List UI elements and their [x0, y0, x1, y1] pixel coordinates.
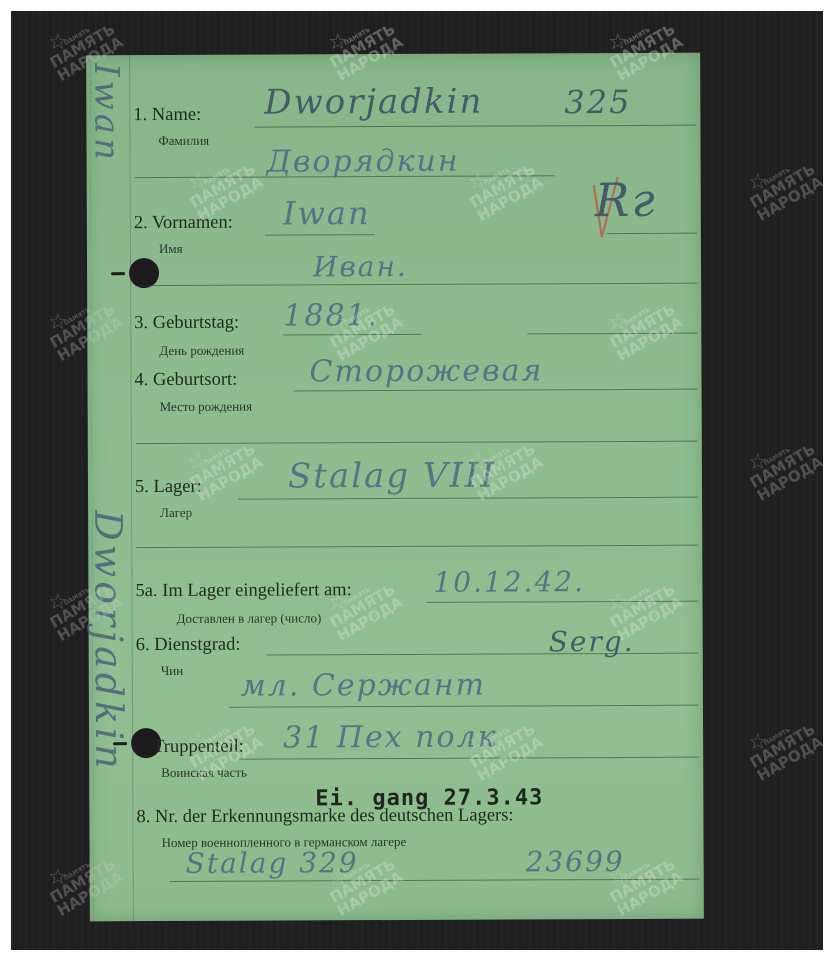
field-rank-label-ru: Чин — [161, 663, 183, 679]
field-unit-label: Truppenteil: — [153, 737, 244, 758]
field-birthdate-label: 3. Geburtstag: — [134, 313, 239, 334]
margin-rule — [129, 55, 134, 921]
field-name-value-latin: Dworjadkin — [264, 82, 483, 123]
field-camp-value: Stalag VIII — [288, 456, 496, 497]
corner-initials: Rг — [595, 173, 657, 227]
field-name-value-cyrillic: Дворядкин — [267, 144, 460, 180]
corner-number: 325 — [564, 83, 631, 121]
field-pow-number-value: 23699 — [526, 845, 625, 878]
field-birthplace-label: 4. Geburtsort: — [134, 370, 237, 391]
field-arrival-date-label: 5a. Im Lager eingeliefert am: — [135, 580, 351, 602]
field-unit-label-ru: Воинская часть — [161, 765, 247, 781]
field-birthdate-label-ru: День рождения — [159, 343, 244, 359]
field-name-label-ru: Фамилия — [158, 133, 209, 149]
field-first-name-label: 2. Vornamen: — [134, 213, 233, 234]
field-birthplace-label-ru: Место рождения — [160, 399, 253, 415]
field-unit-value: 31 Пех полк — [283, 720, 498, 756]
record-card: Iwan Dworjadkin 1. Name: Фамилия Dworjad… — [86, 53, 704, 922]
margin-note-first-name: Iwan — [86, 63, 126, 164]
field-pow-camp-value: Stalag 329 — [186, 846, 359, 880]
field-first-name-value-cyrillic: Иван. — [313, 250, 408, 283]
field-birthplace-value: Сторожевая — [309, 353, 543, 389]
field-birthdate-value: 1881. — [283, 298, 379, 333]
field-pow-number-label: 8. Nr. der Erkennungsmarke des deutschen… — [136, 805, 513, 828]
field-camp-label-ru: Лагер — [160, 505, 192, 521]
field-arrival-date-value: 10.12.42. — [433, 565, 585, 599]
field-first-name-value-latin: Iwan — [283, 194, 371, 232]
field-rank-value-german: Serg. — [549, 625, 635, 658]
margin-note-surname: Dworjadkin — [86, 510, 131, 773]
field-rank-label: 6. Dienstgrad: — [136, 635, 241, 656]
punch-hole-top — [129, 258, 159, 288]
field-name-label: 1. Name: — [133, 105, 201, 126]
field-rank-value-russian: мл. Сержант — [241, 668, 486, 704]
field-first-name-label-ru: Имя — [159, 241, 183, 257]
field-arrival-date-label-ru: Доставлен в лагер (число) — [177, 610, 322, 627]
field-camp-label: 5. Lager: — [135, 477, 202, 498]
